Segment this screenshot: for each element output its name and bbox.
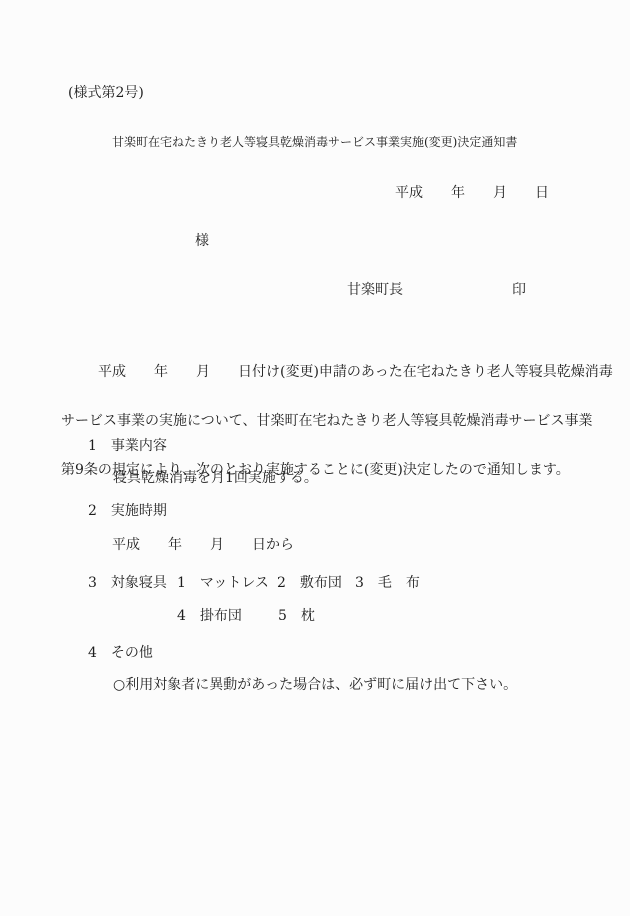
body-line-1: 平成 年 月 日付け(変更)申請のあった在宅ねたきり老人等寝具乾燥消毒 [61, 362, 601, 383]
bedding-item-kakebuton: 4 掛布団 [177, 609, 242, 623]
section-1-label: 1 事業内容 [88, 439, 167, 453]
bedding-item-mattress: 1 マットレス [177, 576, 269, 590]
bedding-item-blanket: 3 毛 布 [355, 576, 420, 590]
section-4-content: ○利用対象者に異動があった場合は、必ず町に届け出て下さい。 [113, 678, 517, 692]
addressee-suffix: 様 [195, 234, 209, 248]
body-line-2: サービス事業の実施について、甘楽町在宅ねたきり老人等寝具乾燥消毒サービス事業 [61, 411, 601, 432]
section-2-label: 2 実施時期 [88, 504, 167, 518]
seal-mark: 印 [512, 283, 526, 297]
section-3-label: 3 対象寝具 [88, 576, 167, 590]
scanned-document-page: (様式第2号) 甘楽町在宅ねたきり老人等寝具乾燥消毒サービス事業実施(変更)決定… [0, 0, 630, 916]
issuer-name: 甘楽町長 [347, 283, 403, 297]
section-1-content: 寝具乾燥消毒を月1回実施する。 [113, 471, 318, 485]
section-4-label: 4 その他 [88, 646, 153, 660]
form-number: (様式第2号) [68, 86, 144, 100]
bedding-item-pillow: 5 枕 [278, 609, 315, 623]
document-title: 甘楽町在宅ねたきり老人等寝具乾燥消毒サービス事業実施(変更)決定通知書 [112, 136, 517, 148]
section-2-content: 平成 年 月 日から [112, 538, 294, 552]
issue-date-blank: 平成 年 月 日 [395, 186, 549, 200]
bedding-item-shikibuton: 2 敷布団 [277, 576, 342, 590]
